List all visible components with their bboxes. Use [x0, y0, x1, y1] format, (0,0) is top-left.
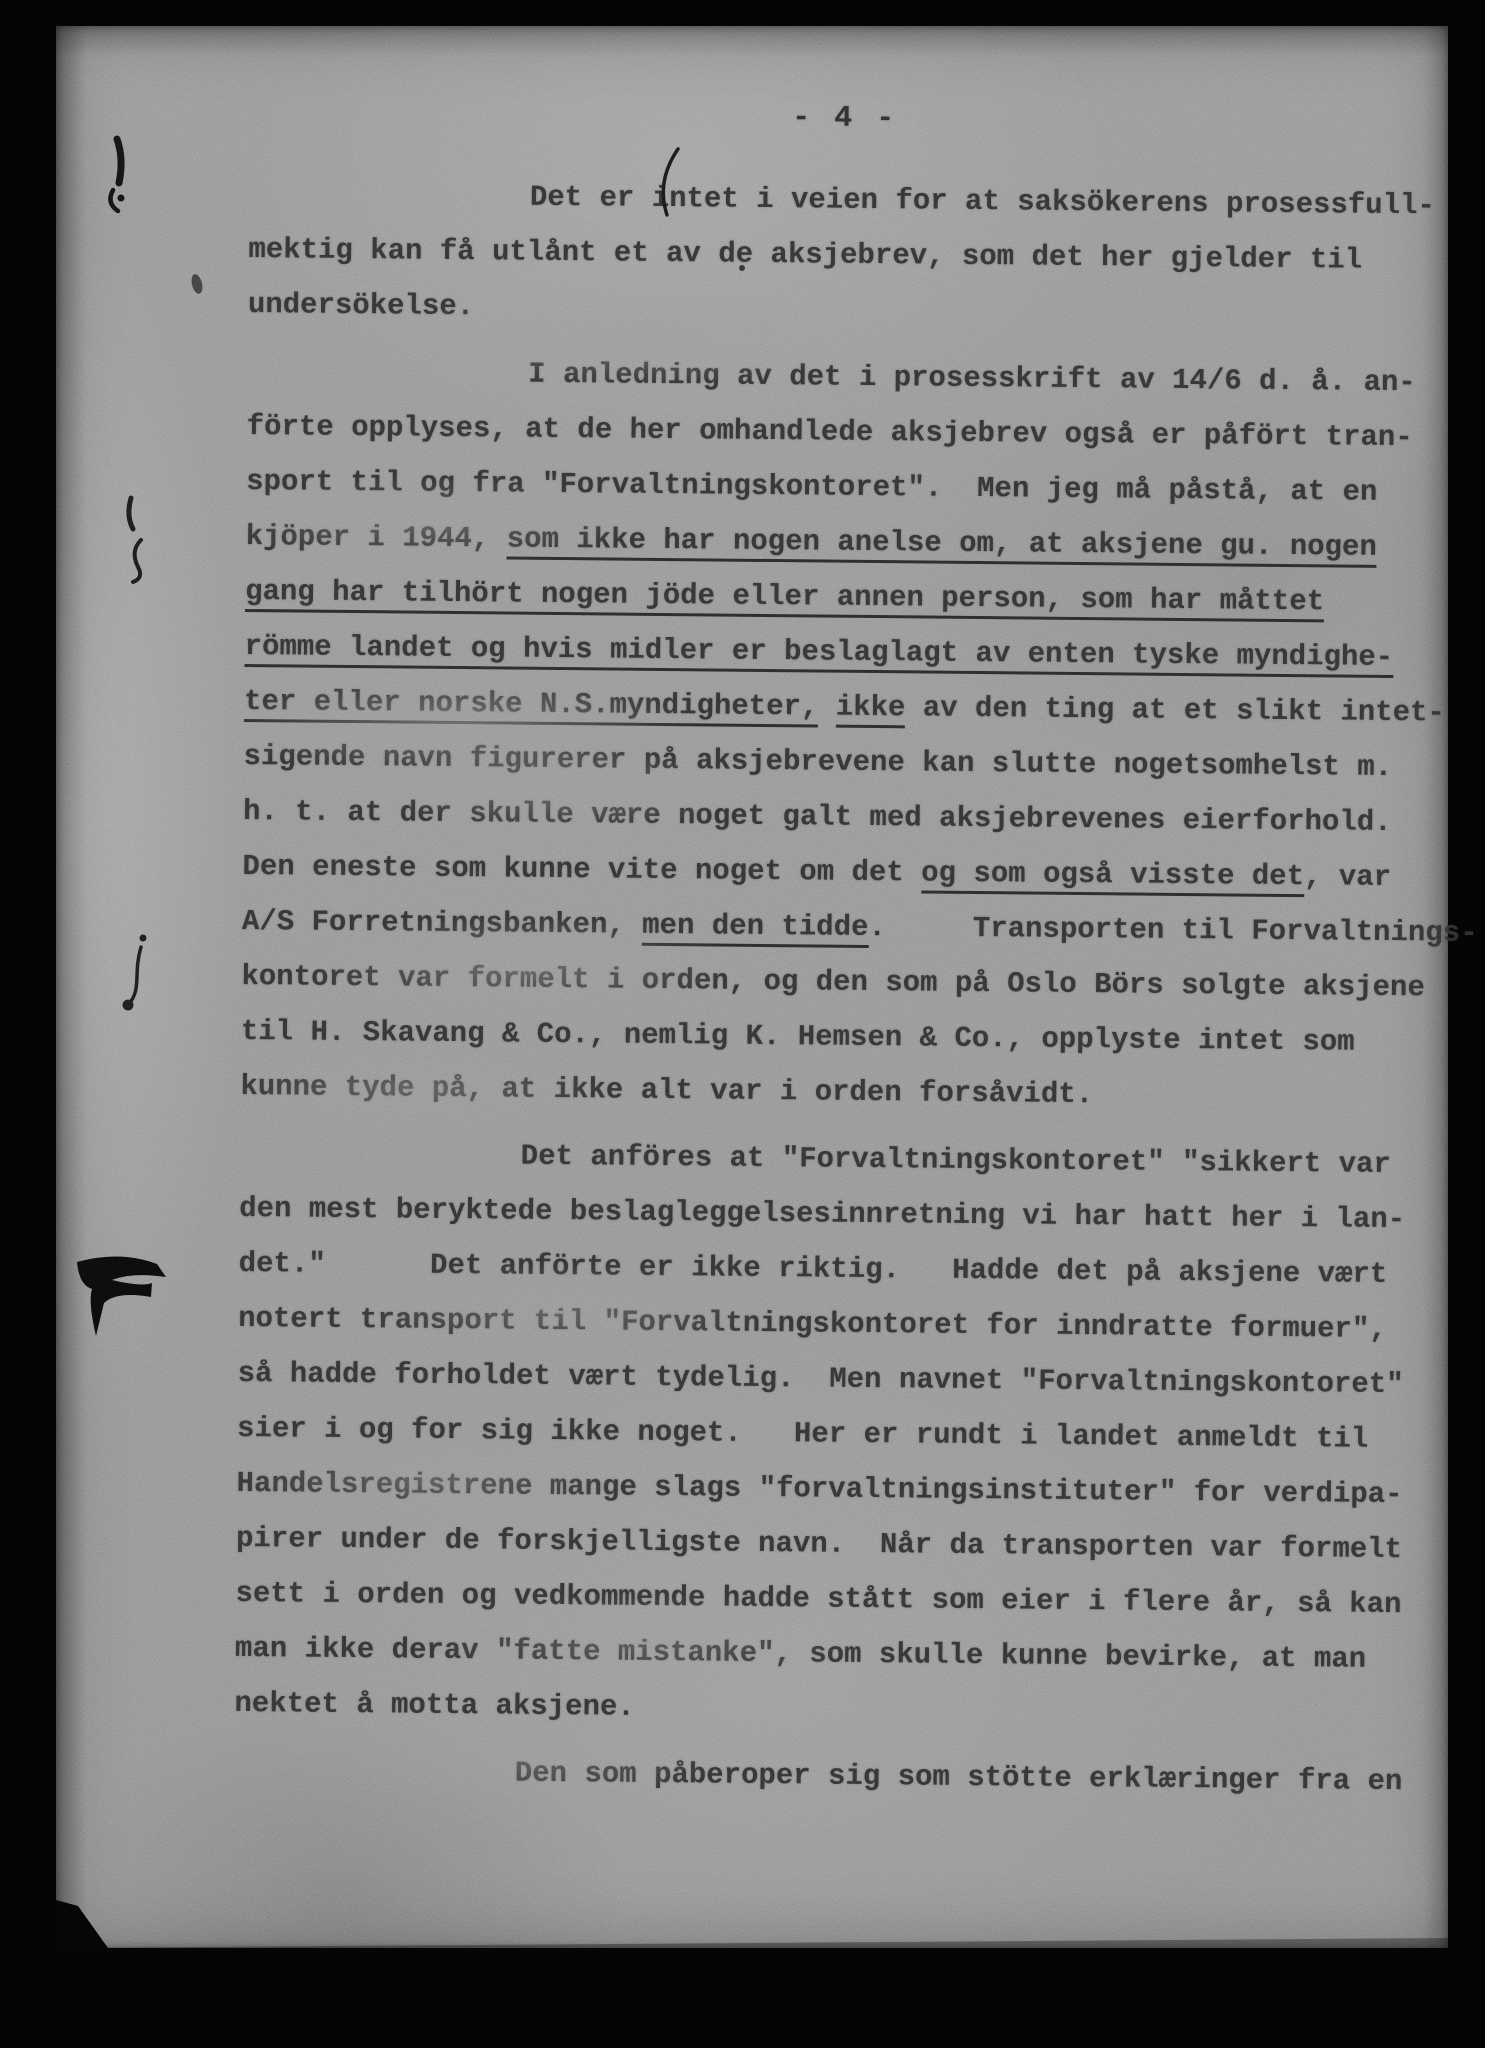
- text-segment: nektet å motta aksjene.: [234, 1687, 635, 1724]
- text-segment: Det anföres at "Forvaltningskontoret" "s…: [521, 1140, 1391, 1181]
- page-content: - 4 - Det er intet i veien for at saksök…: [234, 86, 1440, 1809]
- text-segment: förte opplyses, at de her omhandlede aks…: [247, 410, 1413, 454]
- text-segment: I anledning av det i prosesskrift av 14/…: [528, 358, 1416, 400]
- underlined-text: gang har tilhört nogen jöde eller annen …: [245, 575, 1324, 622]
- text-segment: til H. Skavang & Co., nemlig K. Hemsen &…: [241, 1015, 1355, 1059]
- text-segment: notert transport til "Forvaltningskontor…: [238, 1302, 1387, 1346]
- text-segment: undersökelse.: [248, 288, 475, 323]
- text-segment: Handelsregistrene mange slags "forvaltni…: [236, 1467, 1402, 1511]
- text-line: nektet å motta aksjene.: [234, 1676, 1424, 1742]
- text-line: undersökelse.: [248, 277, 1438, 343]
- paper-page: - 4 - Det er intet i veien for at saksök…: [56, 26, 1448, 1948]
- underlined-text: ikke: [836, 691, 906, 729]
- underlined-text: som ikke har nogen anelse om, at aksjene…: [507, 522, 1377, 567]
- text-segment: man ikke derav "fatte mistanke", som sku…: [235, 1632, 1366, 1676]
- text-line: Den som påberoper sig som stötte erklæri…: [234, 1743, 1424, 1809]
- text-segment: h. t. at der skulle være noget galt med …: [243, 795, 1392, 839]
- text-segment: så hadde forholdet vært tydelig. Men nav…: [237, 1357, 1403, 1401]
- text-segment: den mest beryktede beslagleggelsesinnret…: [239, 1192, 1405, 1236]
- text-segment: sigende navn figurerer på aksjebrevene k…: [243, 740, 1392, 784]
- underlined-text: römme landet og hvis midler er beslaglag…: [244, 630, 1393, 678]
- text-segment: kjöper i 1944,: [246, 520, 507, 556]
- text-segment: Det er intet i veien for at saksökerens …: [530, 181, 1435, 223]
- text-segment: pirer under de forskjelligste navn. Når …: [236, 1522, 1402, 1566]
- text-segment: det." Det anförte er ikke riktig. Hadde …: [239, 1247, 1388, 1291]
- text-segment: sport til og fra "Forvaltningskontoret".…: [246, 465, 1377, 509]
- scanned-document-screenshot: { "page": { "number": "- 4 -" }, "docume…: [0, 0, 1485, 2048]
- page-number: - 4 -: [249, 86, 1439, 152]
- text-line: kunne tyde på, at ikke alt var i orden f…: [240, 1059, 1430, 1125]
- text-segment: Den som påberoper sig som stötte erklæri…: [515, 1757, 1403, 1799]
- text-segment: kontoret var formelt i orden, og den som…: [241, 960, 1425, 1004]
- text-segment: av den ting at et slikt intet-: [905, 691, 1445, 729]
- text-segment: sier i og for sig ikke noget. Her er run…: [237, 1412, 1368, 1456]
- text-body: Det er intet i veien for at saksökerens …: [234, 167, 1440, 1809]
- underlined-text: ter eller norske N.S.myndigheter,: [244, 685, 819, 728]
- text-segment: sett i orden og vedkommende hadde stått …: [235, 1577, 1401, 1621]
- text-segment: mektig kan få utlånt et av de aksjebrev,…: [248, 233, 1362, 277]
- underlined-text: men den tidde: [642, 909, 869, 948]
- text-segment: Den eneste som kunne vite noget om det: [242, 850, 921, 890]
- text-segment: A/S Forretningsbanken,: [242, 905, 643, 942]
- text-segment: . Transporten til Forvaltnings-: [868, 911, 1477, 950]
- text-segment: [818, 690, 836, 723]
- text-segment: , var: [1304, 860, 1391, 894]
- text-segment: kunne tyde på, at ikke alt var i orden f…: [240, 1070, 1093, 1111]
- underlined-text: og som også visste det: [921, 856, 1304, 897]
